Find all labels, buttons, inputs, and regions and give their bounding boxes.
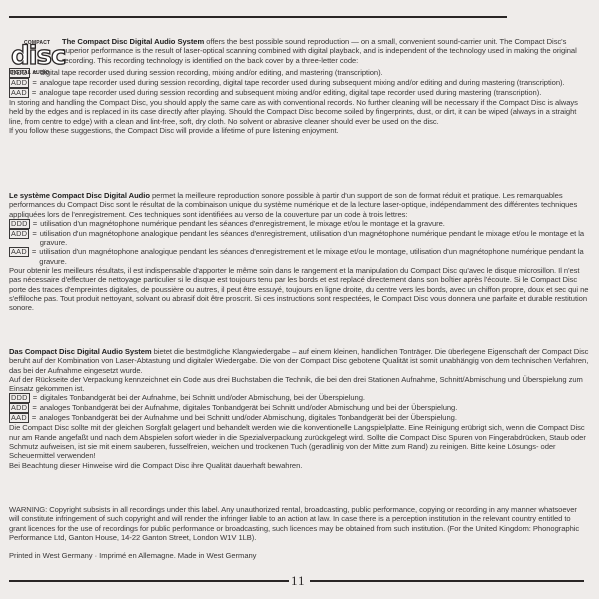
- equals-sign: =: [33, 219, 37, 229]
- compact-disc-logo-icon: COMPACT disc DIGITAL AUDIO: [9, 39, 64, 77]
- printed-text: Printed in West Germany · Imprimé en All…: [9, 551, 589, 560]
- code-row-add: ADD=analoges Tonbandgerät bei der Aufnah…: [9, 403, 589, 413]
- french-section: Le système Compact Disc Digital Audio pe…: [9, 191, 589, 313]
- code-description: digital tape recorder used during sessio…: [40, 68, 589, 78]
- code-description: utilisation d'un magnétophone analogique…: [40, 229, 589, 248]
- english-title: The Compact Disc Digital Audio System: [62, 37, 204, 46]
- french-intro: Le système Compact Disc Digital Audio pe…: [9, 191, 589, 219]
- equals-sign: =: [32, 78, 36, 88]
- code-badge: DDD: [9, 393, 30, 403]
- german-intro2-text: Auf der Rückseite der Verpackung kennzei…: [9, 375, 589, 394]
- top-rule: [9, 16, 507, 18]
- english-care-text: In storing and handling the Compact Disc…: [9, 98, 589, 126]
- code-badge: AAD: [9, 88, 29, 98]
- code-row-ddd: DDD=digitales Tonbandgerät bei der Aufna…: [9, 393, 589, 403]
- printed-in: Printed in West Germany · Imprimé en All…: [9, 551, 589, 560]
- copyright-warning: WARNING: Copyright subsists in all recor…: [9, 505, 589, 542]
- bottom-rule-left: [9, 580, 289, 582]
- english-closing-text: If you follow these suggestions, the Com…: [9, 126, 589, 135]
- equals-sign: =: [32, 413, 36, 423]
- german-title: Das Compact Disc Digital Audio System: [9, 347, 152, 356]
- french-care-text: Pour obtenir les meilleurs résultats, il…: [9, 266, 589, 312]
- equals-sign: =: [32, 247, 36, 266]
- code-badge: DDD: [9, 219, 30, 229]
- code-badge: ADD: [9, 78, 29, 88]
- code-description: analoges Tonbandgerät bei der Aufnahme, …: [40, 403, 589, 413]
- code-badge: AAD: [9, 247, 29, 257]
- code-description: digitales Tonbandgerät bei der Aufnahme,…: [40, 393, 589, 403]
- page-number: 11: [291, 573, 306, 589]
- equals-sign: =: [32, 229, 36, 248]
- code-description: analogue tape recorder used during sessi…: [39, 88, 589, 98]
- code-row-aad: AAD=analogue tape recorder used during s…: [9, 88, 589, 98]
- code-row-aad: AAD=analoges Tonbandgerät bei der Aufnah…: [9, 413, 589, 423]
- bottom-rule-right: [310, 580, 584, 582]
- code-description: utilisation d'un magnétophone analogique…: [39, 247, 589, 266]
- english-intro: The Compact Disc Digital Audio System of…: [9, 37, 589, 65]
- code-row-ddd: DDD=utilisation d'un magnétophone numéri…: [9, 219, 589, 229]
- logo-disc-text: disc: [11, 43, 65, 69]
- code-row-add: ADD=utilisation d'un magnétophone analog…: [9, 229, 589, 248]
- code-badge: AAD: [9, 413, 29, 423]
- code-row-ddd: DDD=digital tape recorder used during se…: [9, 68, 589, 78]
- code-row-aad: AAD=utilisation d'un magnétophone analog…: [9, 247, 589, 266]
- code-description: analoges Tonbandgerät bei der Aufnahme u…: [39, 413, 589, 423]
- equals-sign: =: [33, 393, 37, 403]
- german-care-text: Die Compact Disc sollte mit der gleichen…: [9, 423, 589, 460]
- english-section: COMPACT disc DIGITAL AUDIO The Compact D…: [9, 37, 589, 135]
- german-intro: Das Compact Disc Digital Audio System bi…: [9, 347, 589, 375]
- german-closing-text: Bei Beachtung dieser Hinweise wird die C…: [9, 461, 589, 470]
- warning-text: WARNING: Copyright subsists in all recor…: [9, 505, 589, 542]
- code-description: utilisation d'un magnétophone numérique …: [40, 219, 589, 229]
- german-section: Das Compact Disc Digital Audio System bi…: [9, 347, 589, 470]
- equals-sign: =: [32, 403, 36, 413]
- french-title: Le système Compact Disc Digital Audio: [9, 191, 150, 200]
- code-row-add: ADD=analogue tape recorder used during s…: [9, 78, 589, 88]
- equals-sign: =: [32, 88, 36, 98]
- code-description: analogue tape recorder used during sessi…: [40, 78, 589, 88]
- code-badge: ADD: [9, 229, 29, 239]
- logo-digital-audio-text: DIGITAL AUDIO: [10, 69, 49, 78]
- code-badge: ADD: [9, 403, 29, 413]
